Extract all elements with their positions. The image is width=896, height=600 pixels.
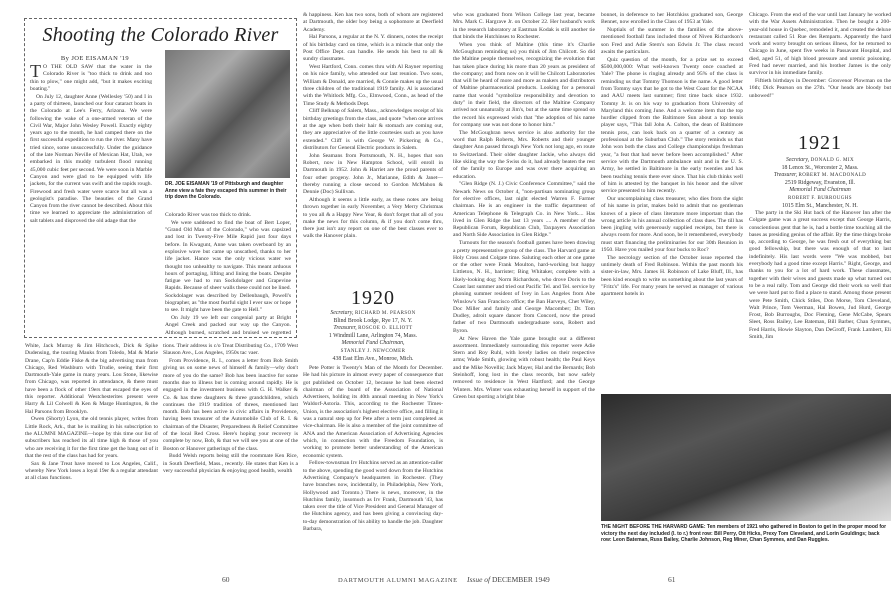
article-paragraph: On July 12, daughter Anne (Wellesley '50…	[30, 94, 152, 225]
notes-paragraph: The party in the Ski Hut back of the Han…	[749, 210, 891, 341]
class-year-heading-1920: 1920	[303, 287, 443, 310]
officer-role: Treasurer,	[333, 325, 356, 331]
notes-paragraph: Hal Parsons, a regular at the N. Y. dinn…	[303, 34, 443, 63]
class-notes-column-3: & happiness. Ken has two sons, both of w…	[303, 12, 443, 248]
class-year-heading-1921: 1921	[749, 132, 891, 155]
notes-paragraph: When you think of Maltine (this time it'…	[453, 42, 595, 130]
article-photo-caption: DR. JOE EISAMAN '19 of Pittsburgh and da…	[165, 181, 291, 201]
article-paragraph: We were saddened to find the boat of Ber…	[165, 220, 291, 315]
class-notes-column-6: Chicago. From the end of the war until l…	[749, 12, 891, 122]
officer-name: ROBERT M. MACDONALD	[799, 173, 867, 178]
notes-paragraph: Fiftieth birthdays in December: Grosveno…	[749, 78, 891, 100]
notes-paragraph: who was graduated from Wilson College la…	[453, 12, 595, 41]
article-column-1: TO THE OLD SAW that the water in the Col…	[30, 64, 152, 334]
issue-prefix: Issue of	[467, 575, 490, 584]
notes-paragraph: "Glen Ridge (N. J.) Civic Conference Com…	[453, 181, 595, 239]
group-photo-caption: THE NIGHT BEFORE THE HARVARD GAME: Ten m…	[601, 524, 891, 544]
officer-address: 2519 Ridgeway, Evanston, Ill.	[749, 180, 891, 188]
officer-role: Memorial Fund Chairman,	[303, 340, 443, 348]
notes-paragraph: Quiz question of the month, for a prize …	[601, 57, 743, 196]
notes-paragraph: John Seamans from Portsmouth, N. H., hop…	[303, 153, 443, 197]
notes-paragraph: Nuptials of the summer in the families o…	[601, 27, 743, 56]
group-photo	[601, 394, 891, 521]
class-1920-officers: Secretary, RICHARD M. PEARSON Blind Broo…	[303, 310, 443, 363]
article-paragraph: Colorado River was too thick to drink.	[165, 212, 291, 219]
class-1921-officers: Secretary, DONALD G. MIX 18 Lenox St., W…	[749, 157, 891, 210]
class-notes-column-6b: The party in the Ski Hut back of the Han…	[749, 210, 891, 390]
drop-cap: T	[30, 64, 43, 78]
notes-paragraph: Turnouts for the season's football games…	[453, 240, 595, 335]
officer-address: Blind Brook Lodge, Rye 17, N. Y.	[303, 318, 443, 326]
notes-paragraph: Cliff Belknap of Salem, Mass., acknowled…	[303, 108, 443, 152]
officer-role: Secretary,	[330, 310, 353, 316]
article-column-2: Colorado River was too thick to drink. W…	[165, 212, 291, 336]
notes-paragraph: bonnet, in deference to her Hotchkiss gr…	[601, 12, 743, 27]
article-paragraph: On July 19 we left our congenial party a…	[165, 315, 291, 336]
notes-paragraph: Pete Potter is Twenty's Man of the Month…	[303, 365, 443, 460]
class-notes-column-2: tions. Their address is c/o Treat Distri…	[163, 343, 298, 568]
page-number-left: 60	[222, 575, 230, 584]
notes-paragraph: tions. Their address is c/o Treat Distri…	[163, 343, 298, 358]
issue-date: Issue of DECEMBER 1949	[467, 575, 550, 584]
notes-paragraph: Fellow-townsman Irv Hutchins served as a…	[303, 460, 443, 533]
class-notes-column-5: bonnet, in deference to her Hotchkiss gr…	[601, 12, 743, 392]
article-title: Shooting the Colorado River	[24, 24, 297, 47]
notes-paragraph: West Hartford, Conn. comes thru with Al …	[303, 64, 443, 108]
officer-role: Secretary,	[786, 157, 809, 163]
page-number-right: 61	[668, 575, 676, 584]
officer-role: Treasurer,	[774, 172, 797, 178]
article-intro: O THE OLD SAW that the water in the Colo…	[30, 64, 152, 92]
officer-role: Memorial Fund Chairman	[749, 187, 891, 195]
notes-paragraph: White, Jack Murray & Jim Hitchcock, Dick…	[25, 343, 158, 416]
officer-name: ROBERT F. BURROUGHS	[749, 195, 891, 203]
notes-paragraph: From Providence, R. I., comes a letter f…	[163, 358, 298, 453]
notes-paragraph: Budd Welsh reports being still the roomm…	[163, 453, 298, 475]
notes-paragraph: Chicago. From the end of the war until l…	[749, 12, 891, 78]
notes-paragraph: Sax & Jane Treat have moved to Los Angel…	[25, 461, 158, 483]
article-photo	[165, 50, 290, 178]
class-notes-column-4: who was graduated from Wilson College la…	[453, 12, 595, 568]
article-byline: By JOE EISAMAN '19	[40, 55, 150, 62]
notes-paragraph: The McGoughran news service is also auth…	[453, 130, 595, 181]
class-notes-column-1: White, Jack Murray & Jim Hitchcock, Dick…	[25, 343, 158, 568]
notes-paragraph: Owen (Shorty) Lyon, the old tennis playe…	[25, 416, 158, 460]
officer-address: 18 Lenox St., Worcester 2, Mass.	[749, 165, 891, 173]
officer-name: STANLEY J. NEWCOMER	[303, 348, 443, 356]
notes-paragraph: & happiness. Ken has two sons, both of w…	[303, 12, 443, 34]
class-notes-column-3b: Pete Potter is Twenty's Man of the Month…	[303, 365, 443, 570]
officer-name: ROSCOE O. ELLIOTT	[358, 326, 412, 331]
magazine-name: DARTMOUTH ALUMNI MAGAZINE	[338, 577, 458, 584]
notes-paragraph: Although it seems a little early, as the…	[303, 197, 443, 241]
notes-paragraph: Our uncomplaining class treasurer, who d…	[601, 196, 743, 254]
officer-name: DONALD G. MIX	[811, 158, 854, 163]
officer-address: 1 Windmill Lane, Arlington 74, Mass.	[303, 333, 443, 341]
notes-paragraph: The necrology section of the October iss…	[601, 255, 743, 299]
notes-paragraph: At New Haven the Yale game brought out a…	[453, 336, 595, 402]
issue-month: DECEMBER 1949	[492, 575, 550, 584]
officer-address: 438 East Elm Ave., Monroe, Mich.	[303, 356, 443, 364]
officer-name: RICHARD M. PEARSON	[355, 311, 416, 316]
